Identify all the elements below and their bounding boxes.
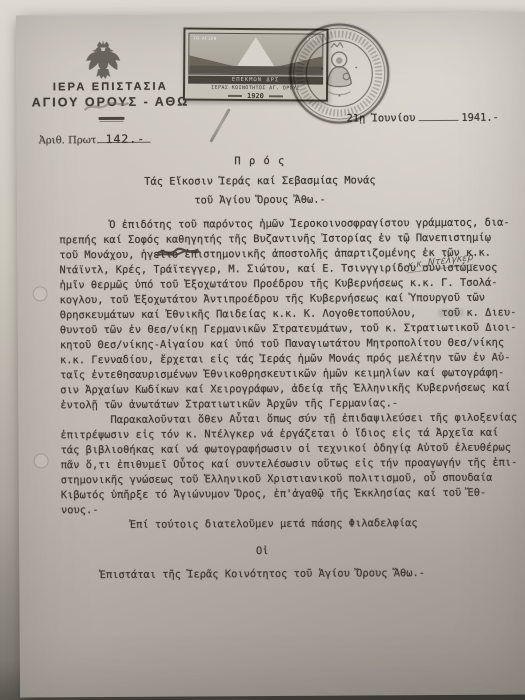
stamp-caption-left: ΤΟ ΑΓΙΟΝ	[193, 36, 216, 41]
date-underline	[418, 109, 458, 121]
letter-paper: ΙΕΡΑ ΕΠΙΣΤΑΣΙΑ ΑΓΙΟΥ ΟΡΟΥΣ - ΑΘΩ Ἀριθ. Π…	[16, 12, 525, 697]
punch-hole	[34, 453, 49, 468]
erased-word-smudge	[438, 309, 464, 317]
closing-line: Ἐπί τούτοις διατελοῦμεν μετά πάσης Φιλαδ…	[61, 516, 418, 533]
protocol-line: Ἀριθ. Πρωτ.142.-	[39, 128, 146, 148]
signature-heading: Οἱ	[19, 544, 505, 559]
hill-left-shape	[189, 51, 237, 67]
ink-scribble-strikethrough	[155, 245, 201, 259]
document-photo: ΙΕΡΑ ΕΠΙΣΤΑΣΙΑ ΑΓΙΟΥ ΟΡΟΥΣ - ΑΘΩ Ἀριθ. Π…	[0, 0, 525, 700]
round-ink-seal	[287, 21, 392, 126]
pen-stroke	[209, 108, 230, 142]
double-headed-eagle-icon	[84, 39, 122, 81]
protocol-label: Ἀριθ. Πρωτ.	[39, 135, 100, 146]
pencil-scribble	[82, 98, 130, 114]
letterhead-line1: ΙΕΡΑ ΕΠΙΣΤΑΣΙΑ	[24, 80, 196, 93]
athos-peak-shape	[224, 37, 288, 68]
address-line2: τοῦ Ἁγίου Ὄρους Ἄθω.-	[17, 190, 503, 212]
protocol-number: 142.-	[106, 132, 146, 146]
stamp-ornament	[269, 95, 283, 98]
stamp-year: 1920	[247, 92, 264, 100]
body-paragraph-2: Παρακαλοῦνται ὅθεν Αὗται ὅπως σύν τῇ ἐπι…	[60, 411, 517, 519]
address-block: Π ρ ό ς Τάς Εἴκοσιν Ἱεράς καί Σεβασμίας …	[17, 151, 503, 212]
date-year: 1941.-	[461, 112, 499, 124]
punch-hole	[33, 286, 48, 301]
signature-line: Ἐπιστάται τῆς Ἱερᾶς Κοινότητος τοῦ Ἁγίου…	[19, 567, 505, 582]
stamp-ornament	[228, 95, 242, 98]
letterhead-rule	[99, 117, 125, 120]
